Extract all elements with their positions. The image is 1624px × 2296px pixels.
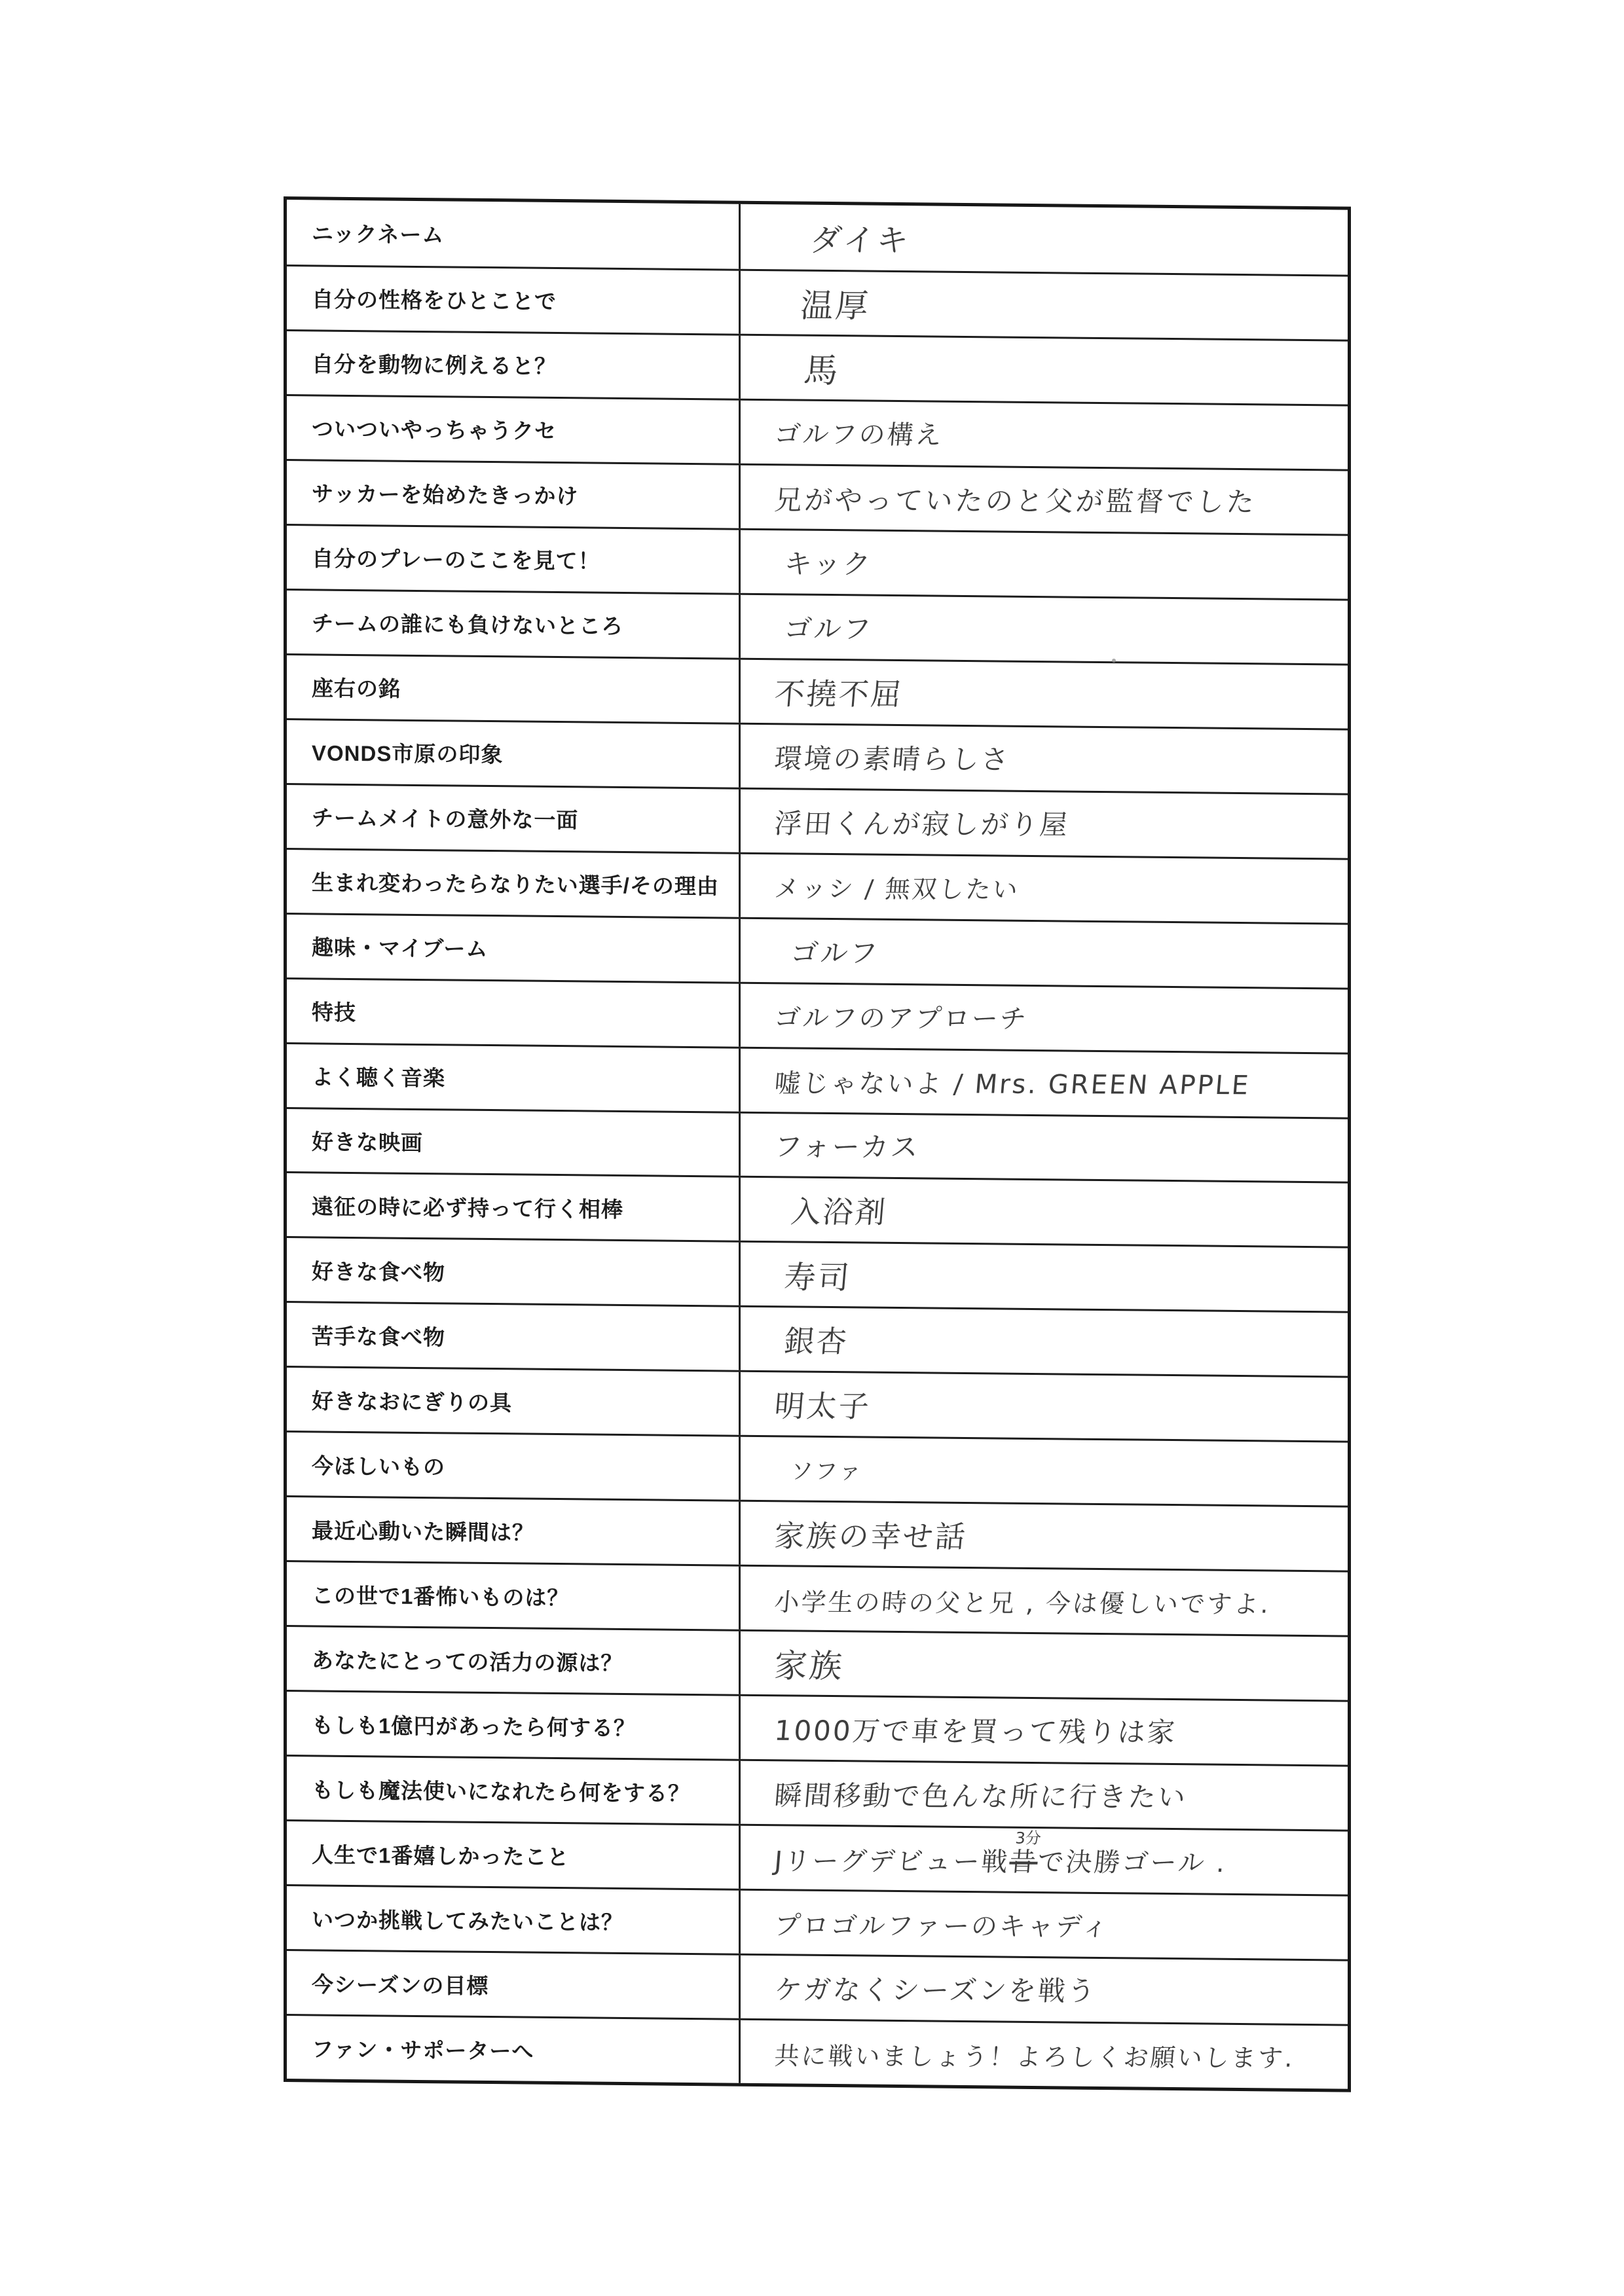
question-label: この世で1番怖いものは？ bbox=[287, 1562, 739, 1630]
scan-speck bbox=[1112, 659, 1116, 663]
table-row: 自分の性格をひとことで 温厚 bbox=[287, 264, 1348, 340]
answer-cell: メッシ / 無双したい bbox=[739, 854, 1348, 922]
handwritten-answer: 兄がやっていたのと父が監督でした bbox=[773, 479, 1258, 520]
handwritten-answer: プロゴルファーのキャディ bbox=[773, 1904, 1112, 1943]
table-row: あなたにとっての活力の源は？ 家族 bbox=[287, 1625, 1348, 1700]
handwritten-answer: 環境の素晴らしさ bbox=[773, 737, 1012, 778]
table-row: 特技 ゴルフのアプローチ bbox=[287, 977, 1348, 1053]
table-row: チームメイトの意外な一面 浮田くんが寂しがり屋 bbox=[287, 783, 1348, 858]
answer-cell: 共に戦いましょう！よろしくお願いします. bbox=[739, 2020, 1348, 2089]
handwritten-answer: ゴルフ bbox=[790, 931, 881, 971]
table-row: ファン・サポーターへ 共に戦いましょう！よろしくお願いします. bbox=[287, 2014, 1348, 2089]
handwritten-answer: 浮田くんが寂しがり屋 bbox=[773, 802, 1071, 843]
question-label: 苦手な食べ物 bbox=[287, 1303, 739, 1370]
answer-cell: 不撓不屈 bbox=[739, 659, 1348, 728]
handwritten-answer: 1000万で車を買って残りは家 bbox=[773, 1709, 1178, 1751]
table-row: 苦手な食べ物 銀杏 bbox=[287, 1301, 1348, 1376]
question-label: チームメイトの意外な一面 bbox=[287, 785, 739, 852]
handwritten-answer: メッシ / 無双したい bbox=[773, 868, 1022, 905]
table-row: 趣味・マイブーム ゴルフ bbox=[287, 913, 1348, 988]
question-label: チームの誰にも負けないところ bbox=[287, 591, 739, 658]
answer-cell: ケガなくシーズンを戦う bbox=[739, 1956, 1348, 2024]
inserted-correction-text: 3分 bbox=[1014, 1825, 1042, 1848]
question-label: 好きな食べ物 bbox=[287, 1238, 739, 1305]
question-label: ファン・サポーターへ bbox=[287, 2016, 739, 2083]
handwritten-answer: フォーカス bbox=[773, 1125, 921, 1165]
answer-cell: ダイキ bbox=[739, 204, 1348, 275]
answer-cell: ゴルフ bbox=[739, 594, 1348, 663]
table-row: 最近心動いた瞬間は？ 家族の幸せ話 bbox=[287, 1495, 1348, 1571]
handwritten-answer: 家族 bbox=[773, 1640, 846, 1687]
table-row: VONDS市原の印象 環境の素晴らしさ bbox=[287, 718, 1348, 793]
handwritten-answer: 小学生の時の父と兄 , 今は優しいですよ. bbox=[773, 1582, 1272, 1620]
answer-cell: 浮田くんが寂しがり屋 bbox=[739, 789, 1348, 858]
question-label: 自分のプレーのここを見て！ bbox=[287, 526, 739, 593]
question-label: 生まれ変わったらなりたい選手/その理由 bbox=[287, 850, 739, 917]
handwritten-answer: 共に戦いましょう！よろしくお願いします. bbox=[773, 2035, 1297, 2073]
answer-cell: ソファ bbox=[739, 1437, 1348, 1506]
answer-cell: 銀杏 bbox=[739, 1307, 1348, 1376]
handwritten-answer: キック bbox=[783, 543, 874, 583]
table-row: 今ほしいもの ソファ bbox=[287, 1430, 1348, 1506]
question-label: 趣味・マイブーム bbox=[287, 915, 739, 982]
question-label: ついついやっちゃうクセ bbox=[287, 396, 739, 464]
table-row: ニックネーム ダイキ bbox=[287, 200, 1348, 275]
answer-cell: ゴルフ bbox=[739, 919, 1348, 987]
handwritten-answer: ゴルフの構え bbox=[773, 414, 946, 452]
answer-text: Jリーグデビュー戦 bbox=[773, 1846, 1011, 1878]
answer-cell: 小学生の時の父と兄 , 今は優しいですよ. bbox=[739, 1567, 1348, 1635]
table-row: この世で1番怖いものは？ 小学生の時の父と兄 , 今は優しいですよ. bbox=[287, 1560, 1348, 1635]
question-label: サッカーを始めたきっかけ bbox=[287, 461, 739, 528]
table-row: もしも1億円があったら何する？ 1000万で車を買って残りは家 bbox=[287, 1690, 1348, 1765]
table-row: サッカーを始めたきっかけ 兄がやっていたのと父が監督でした bbox=[287, 459, 1348, 534]
handwritten-answer: 温厚 bbox=[799, 280, 872, 327]
question-label: 自分を動物に例えると？ bbox=[287, 331, 739, 399]
answer-text: 昔 bbox=[1008, 1847, 1039, 1877]
table-row: ついついやっちゃうクセ ゴルフの構え bbox=[287, 394, 1348, 469]
handwritten-answer: 瞬間移動で色んな所に行きたい bbox=[773, 1774, 1189, 1815]
answer-cell: 1000万で車を買って残りは家 bbox=[739, 1696, 1348, 1765]
table-row: もしも魔法使いになれたら何をする？ 瞬間移動で色んな所に行きたい bbox=[287, 1755, 1348, 1830]
handwritten-answer: 明太子 bbox=[773, 1383, 872, 1427]
table-row: 遠征の時に必ず持って行く相棒 入浴剤 bbox=[287, 1172, 1348, 1247]
table-row: 人生で1番嬉しかったこと Jリーグデビュー戦昔3分で決勝ゴール . bbox=[287, 1819, 1348, 1895]
table-row: 好きな映画 フォーカス bbox=[287, 1107, 1348, 1182]
table-row: 自分のプレーのここを見て！ キック bbox=[287, 524, 1348, 599]
answer-cell: 入浴剤 bbox=[739, 1178, 1348, 1247]
struck-out-word: 昔3分 bbox=[1008, 1847, 1039, 1877]
answer-cell: 環境の素晴らしさ bbox=[739, 724, 1348, 793]
question-label: 今シーズンの目標 bbox=[287, 1951, 739, 2018]
answer-cell: 明太子 bbox=[739, 1372, 1348, 1441]
handwritten-answer: ゴルフ bbox=[783, 607, 875, 647]
question-label: 遠征の時に必ず持って行く相棒 bbox=[287, 1174, 739, 1241]
answer-cell: 温厚 bbox=[739, 271, 1348, 340]
handwritten-answer: ケガなくシーズンを戦う bbox=[773, 1969, 1098, 2009]
answer-text-part: で決勝ゴール . bbox=[1037, 1847, 1228, 1878]
handwritten-answer: ダイキ bbox=[809, 215, 912, 261]
question-label: 好きな映画 bbox=[287, 1109, 739, 1176]
answer-cell: 兄がやっていたのと父が監督でした bbox=[739, 465, 1348, 534]
table-row: チームの誰にも負けないところ ゴルフ bbox=[287, 589, 1348, 664]
handwritten-answer: 寿司 bbox=[783, 1252, 853, 1298]
handwritten-answer: Jリーグデビュー戦昔3分で決勝ゴール . bbox=[773, 1840, 1228, 1880]
question-label: あなたにとっての活力の源は？ bbox=[287, 1627, 739, 1694]
question-label: もしも魔法使いになれたら何をする？ bbox=[287, 1757, 739, 1824]
question-label: VONDS市原の印象 bbox=[287, 720, 739, 788]
question-label: ニックネーム bbox=[287, 200, 739, 269]
question-label: いつか挑戦してみたいことは？ bbox=[287, 1886, 739, 1954]
question-label: 好きなおにぎりの具 bbox=[287, 1368, 739, 1435]
table-row: 自分を動物に例えると？ 馬 bbox=[287, 329, 1348, 405]
answer-cell: Jリーグデビュー戦昔3分で決勝ゴール . bbox=[739, 1826, 1348, 1895]
table-row: よく聴く音楽 嘘じゃないよ / Mrs. GREEN APPLE bbox=[287, 1042, 1348, 1118]
question-label: もしも1億円があったら何する？ bbox=[287, 1692, 739, 1759]
table-row: 今シーズンの目標 ケガなくシーズンを戦う bbox=[287, 1949, 1348, 2024]
handwritten-answer: 入浴剤 bbox=[789, 1188, 889, 1232]
handwritten-answer: 家族の幸せ話 bbox=[773, 1512, 969, 1556]
question-label: 最近心動いた瞬間は？ bbox=[287, 1497, 739, 1565]
question-label: よく聴く音楽 bbox=[287, 1044, 739, 1112]
handwritten-answer: ゴルフのアプローチ bbox=[773, 997, 1030, 1036]
answer-cell: 馬 bbox=[739, 336, 1348, 405]
question-label: 今ほしいもの bbox=[287, 1432, 739, 1500]
table-row: 好きなおにぎりの具 明太子 bbox=[287, 1366, 1348, 1441]
question-label: 自分の性格をひとことで bbox=[287, 266, 739, 334]
question-label: 特技 bbox=[287, 979, 739, 1047]
table-row: 座右の銘 不撓不屈 bbox=[287, 653, 1348, 729]
table-row: いつか挑戦してみたいことは？ プロゴルファーのキャディ bbox=[287, 1884, 1348, 1959]
handwritten-answer: 不撓不屈 bbox=[773, 670, 905, 714]
answer-text: で決勝ゴール . bbox=[1037, 1847, 1228, 1878]
answer-cell: 瞬間移動で色んな所に行きたい bbox=[739, 1761, 1348, 1830]
question-label: 座右の銘 bbox=[287, 655, 739, 723]
handwritten-answer: ソファ bbox=[790, 1453, 864, 1485]
answer-cell: 家族の幸せ話 bbox=[739, 1502, 1348, 1571]
answer-text-part: Jリーグデビュー戦 bbox=[773, 1846, 1011, 1878]
table-row: 好きな食べ物 寿司 bbox=[287, 1236, 1348, 1311]
answer-cell: 嘘じゃないよ / Mrs. GREEN APPLE bbox=[739, 1048, 1348, 1117]
handwritten-answer: 馬 bbox=[802, 343, 842, 392]
answer-cell: ゴルフのアプローチ bbox=[739, 983, 1348, 1052]
profile-table: ニックネーム ダイキ 自分の性格をひとことで 温厚 自分を動物に例えると？ 馬 … bbox=[284, 196, 1351, 2092]
answer-cell: フォーカス bbox=[739, 1113, 1348, 1182]
handwritten-answer: 嘘じゃないよ / Mrs. GREEN APPLE bbox=[773, 1063, 1251, 1102]
answer-cell: 家族 bbox=[739, 1631, 1348, 1700]
answer-cell: プロゴルファーのキャディ bbox=[739, 1891, 1348, 1959]
answer-cell: 寿司 bbox=[739, 1243, 1348, 1311]
table-row: 生まれ変わったらなりたい選手/その理由 メッシ / 無双したい bbox=[287, 848, 1348, 923]
question-label: 人生で1番嬉しかったこと bbox=[287, 1821, 739, 1889]
handwritten-answer: 銀杏 bbox=[783, 1318, 850, 1361]
scanned-questionnaire-page: ニックネーム ダイキ 自分の性格をひとことで 温厚 自分を動物に例えると？ 馬 … bbox=[0, 0, 1624, 2296]
answer-cell: キック bbox=[739, 530, 1348, 598]
answer-cell: ゴルフの構え bbox=[739, 401, 1348, 469]
